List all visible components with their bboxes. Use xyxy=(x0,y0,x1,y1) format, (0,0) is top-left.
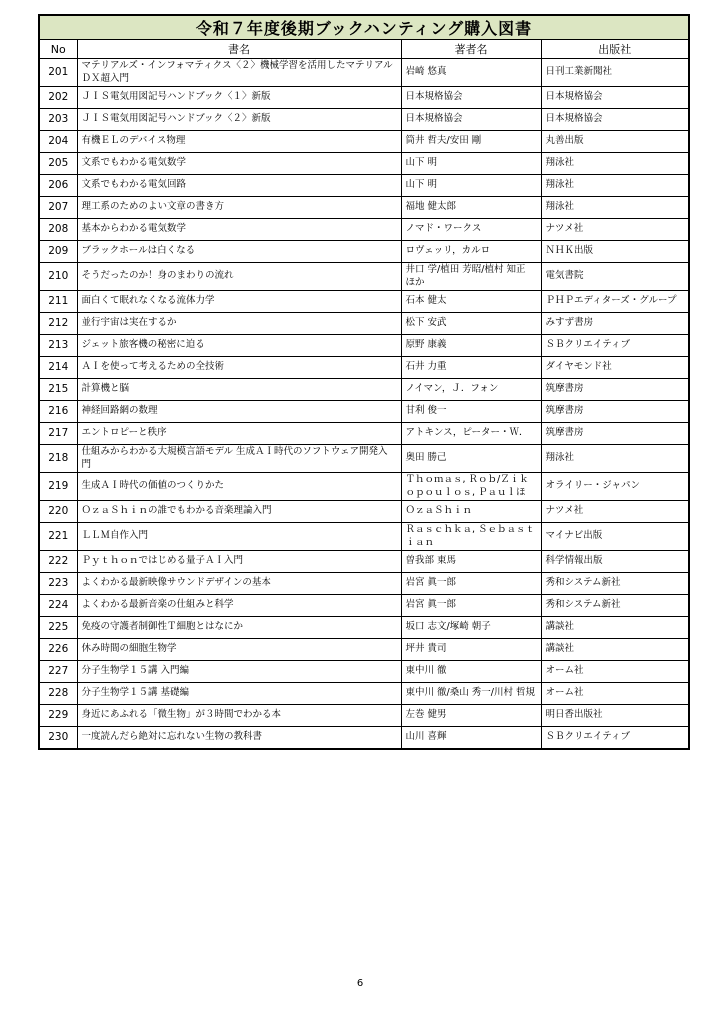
cell-publisher: オーム社 xyxy=(541,683,689,705)
cell-title: マテリアルズ・インフォマティクス〈２〉機械学習を活用したマテリアルＤＸ超入門 xyxy=(77,59,401,87)
cell-no: 227 xyxy=(39,661,77,683)
cell-no: 224 xyxy=(39,595,77,617)
cell-no: 212 xyxy=(39,313,77,335)
cell-title: 分子生物学１５講 入門編 xyxy=(77,661,401,683)
cell-author: 筒井 哲夫/安田 剛 xyxy=(401,131,541,153)
page-number: 6 xyxy=(0,978,720,989)
cell-author: 岩崎 悠真 xyxy=(401,59,541,87)
cell-publisher: ＳＢクリエイティブ xyxy=(541,335,689,357)
cell-no: 218 xyxy=(39,445,77,473)
cell-publisher: オーム社 xyxy=(541,661,689,683)
cell-no: 225 xyxy=(39,617,77,639)
table-row: 222Ｐｙｔｈｏｎではじめる量子ＡＩ入門曽我部 東馬科学情報出版 xyxy=(39,551,689,573)
table-body: 201マテリアルズ・インフォマティクス〈２〉機械学習を活用したマテリアルＤＸ超入… xyxy=(39,59,689,749)
cell-publisher: 翔泳社 xyxy=(541,175,689,197)
cell-title: よくわかる最新映像サウンドデザインの基本 xyxy=(77,573,401,595)
cell-publisher: 日刊工業新聞社 xyxy=(541,59,689,87)
table-row: 218仕組みからわかる大規模言語モデル 生成ＡＩ時代のソフトウェア開発入門奥田 … xyxy=(39,445,689,473)
cell-author: 山川 喜輝 xyxy=(401,727,541,749)
cell-no: 229 xyxy=(39,705,77,727)
cell-publisher: みすず書房 xyxy=(541,313,689,335)
cell-author: 松下 安武 xyxy=(401,313,541,335)
title-row: 令和７年度後期ブックハンティング購入図書 xyxy=(39,15,689,40)
table-row: 212並行宇宙は実在するか松下 安武みすず書房 xyxy=(39,313,689,335)
cell-no: 221 xyxy=(39,523,77,551)
cell-no: 202 xyxy=(39,87,77,109)
cell-author: ノイマン，Ｊ．フォン xyxy=(401,379,541,401)
cell-no: 219 xyxy=(39,473,77,501)
cell-title: Ｐｙｔｈｏｎではじめる量子ＡＩ入門 xyxy=(77,551,401,573)
cell-no: 217 xyxy=(39,423,77,445)
cell-publisher: 電気書院 xyxy=(541,263,689,291)
cell-no: 223 xyxy=(39,573,77,595)
cell-title: そうだったのか！身のまわりの流れ xyxy=(77,263,401,291)
table-row: 219生成ＡＩ時代の価値のつくりかたＴｈｏｍａｓ, Ｒｏｂ/Ｚｉｋｏｐｏｕｌｏｓ… xyxy=(39,473,689,501)
column-header-publisher: 出版社 xyxy=(541,40,689,59)
table-row: 214ＡＩを使って考えるための全技術石井 力重ダイヤモンド社 xyxy=(39,357,689,379)
table-row: 220ＯｚａＳｈｉｎの誰でもわかる音楽理論入門ＯｚａＳｈｉｎナツメ社 xyxy=(39,501,689,523)
column-header-title: 書名 xyxy=(77,40,401,59)
cell-publisher: ＳＢクリエイティブ xyxy=(541,727,689,749)
table-row: 213ジェット旅客機の秘密に迫る原野 康義ＳＢクリエイティブ xyxy=(39,335,689,357)
table-row: 206文系でもわかる電気回路山下 明翔泳社 xyxy=(39,175,689,197)
cell-author: 山下 明 xyxy=(401,175,541,197)
cell-no: 201 xyxy=(39,59,77,87)
cell-no: 206 xyxy=(39,175,77,197)
cell-no: 211 xyxy=(39,291,77,313)
cell-author: 日本規格協会 xyxy=(401,87,541,109)
cell-no: 228 xyxy=(39,683,77,705)
cell-title: 神経回路網の数理 xyxy=(77,401,401,423)
table-row: 226休み時間の細胞生物学坪井 貴司講談社 xyxy=(39,639,689,661)
cell-publisher: 筑摩書房 xyxy=(541,423,689,445)
column-header-author: 著者名 xyxy=(401,40,541,59)
cell-title: 文系でもわかる電気回路 xyxy=(77,175,401,197)
cell-author: 坂口 志文/塚崎 朝子 xyxy=(401,617,541,639)
cell-title: 面白くて眠れなくなる流体力学 xyxy=(77,291,401,313)
table-row: 230一度読んだら絶対に忘れない生物の教科書山川 喜輝ＳＢクリエイティブ xyxy=(39,727,689,749)
table-row: 204有機ＥＬのデバイス物理筒井 哲夫/安田 剛丸善出版 xyxy=(39,131,689,153)
table-row: 221ＬＬＭ自作入門Ｒａｓｃｈｋａ, Ｓｅｂａｓｔｉａｎマイナビ出版 xyxy=(39,523,689,551)
cell-publisher: ダイヤモンド社 xyxy=(541,357,689,379)
cell-publisher: 日本規格協会 xyxy=(541,87,689,109)
cell-title: 休み時間の細胞生物学 xyxy=(77,639,401,661)
cell-publisher: 講談社 xyxy=(541,617,689,639)
cell-author: ＯｚａＳｈｉｎ xyxy=(401,501,541,523)
cell-title: 計算機と脳 xyxy=(77,379,401,401)
cell-publisher: 丸善出版 xyxy=(541,131,689,153)
cell-publisher: 翔泳社 xyxy=(541,153,689,175)
table-row: 224よくわかる最新音楽の仕組みと科学岩宮 眞一郎秀和システム新社 xyxy=(39,595,689,617)
table-row: 217エントロピーと秩序アトキンス，ピーター・Ｗ．筑摩書房 xyxy=(39,423,689,445)
cell-publisher: 翔泳社 xyxy=(541,445,689,473)
cell-author: 東中川 徹 xyxy=(401,661,541,683)
cell-title: ブラックホールは白くなる xyxy=(77,241,401,263)
purchased-books-table: 令和７年度後期ブックハンティング購入図書 No 書名 著者名 出版社 201マテ… xyxy=(38,14,690,750)
cell-title: ＡＩを使って考えるための全技術 xyxy=(77,357,401,379)
table-row: 225免疫の守護者制御性Ｔ細胞とはなにか坂口 志文/塚崎 朝子講談社 xyxy=(39,617,689,639)
cell-publisher: ナツメ社 xyxy=(541,501,689,523)
cell-title: ＯｚａＳｈｉｎの誰でもわかる音楽理論入門 xyxy=(77,501,401,523)
table-row: 228分子生物学１５講 基礎編東中川 徹/桑山 秀一/川村 哲規オーム社 xyxy=(39,683,689,705)
cell-publisher: ＰＨＰエディターズ・グループ xyxy=(541,291,689,313)
cell-no: 204 xyxy=(39,131,77,153)
cell-no: 203 xyxy=(39,109,77,131)
table-row: 210そうだったのか！身のまわりの流れ井口 学/植田 芳昭/植村 知正 ほか電気… xyxy=(39,263,689,291)
cell-publisher: 筑摩書房 xyxy=(541,379,689,401)
cell-title: 身近にあふれる「微生物」が３時間でわかる本 xyxy=(77,705,401,727)
table-row: 209ブラックホールは白くなるロヴェッリ，カルロＮＨＫ出版 xyxy=(39,241,689,263)
cell-title: 分子生物学１５講 基礎編 xyxy=(77,683,401,705)
cell-no: 213 xyxy=(39,335,77,357)
table-header-row: No 書名 著者名 出版社 xyxy=(39,40,689,59)
table-row: 208基本からわかる電気数学ノマド・ワークスナツメ社 xyxy=(39,219,689,241)
cell-no: 210 xyxy=(39,263,77,291)
cell-author: 福地 健太郎 xyxy=(401,197,541,219)
cell-no: 215 xyxy=(39,379,77,401)
cell-no: 216 xyxy=(39,401,77,423)
cell-title: 並行宇宙は実在するか xyxy=(77,313,401,335)
cell-publisher: 秀和システム新社 xyxy=(541,595,689,617)
cell-publisher: 科学情報出版 xyxy=(541,551,689,573)
cell-no: 222 xyxy=(39,551,77,573)
table-row: 201マテリアルズ・インフォマティクス〈２〉機械学習を活用したマテリアルＤＸ超入… xyxy=(39,59,689,87)
cell-author: 坪井 貴司 xyxy=(401,639,541,661)
cell-no: 230 xyxy=(39,727,77,749)
cell-publisher: 明日香出版社 xyxy=(541,705,689,727)
cell-author: Ｔｈｏｍａｓ, Ｒｏｂ/Ｚｉｋｏｐｏｕｌｏｓ, Ｐａｕｌほ xyxy=(401,473,541,501)
cell-no: 220 xyxy=(39,501,77,523)
cell-no: 209 xyxy=(39,241,77,263)
cell-author: Ｒａｓｃｈｋａ, Ｓｅｂａｓｔｉａｎ xyxy=(401,523,541,551)
cell-publisher: 秀和システム新社 xyxy=(541,573,689,595)
cell-title: 免疫の守護者制御性Ｔ細胞とはなにか xyxy=(77,617,401,639)
cell-no: 208 xyxy=(39,219,77,241)
cell-no: 207 xyxy=(39,197,77,219)
cell-title: ＪＩＳ電気用図記号ハンドブック〈２〉新版 xyxy=(77,109,401,131)
cell-title: ＬＬＭ自作入門 xyxy=(77,523,401,551)
cell-no: 226 xyxy=(39,639,77,661)
page-title: 令和７年度後期ブックハンティング購入図書 xyxy=(39,15,689,40)
cell-author: 奥田 勝己 xyxy=(401,445,541,473)
cell-title: 生成ＡＩ時代の価値のつくりかた xyxy=(77,473,401,501)
cell-author: 東中川 徹/桑山 秀一/川村 哲規 xyxy=(401,683,541,705)
cell-no: 214 xyxy=(39,357,77,379)
cell-author: 石本 健太 xyxy=(401,291,541,313)
table-row: 207理工系のためのよい文章の書き方福地 健太郎翔泳社 xyxy=(39,197,689,219)
cell-title: ジェット旅客機の秘密に迫る xyxy=(77,335,401,357)
table-row: 227分子生物学１５講 入門編東中川 徹オーム社 xyxy=(39,661,689,683)
cell-publisher: ＮＨＫ出版 xyxy=(541,241,689,263)
cell-author: 井口 学/植田 芳昭/植村 知正 ほか xyxy=(401,263,541,291)
cell-author: 岩宮 眞一郎 xyxy=(401,595,541,617)
cell-title: 理工系のためのよい文章の書き方 xyxy=(77,197,401,219)
cell-author: 岩宮 眞一郎 xyxy=(401,573,541,595)
cell-publisher: ナツメ社 xyxy=(541,219,689,241)
table-row: 202ＪＩＳ電気用図記号ハンドブック〈１〉新版日本規格協会日本規格協会 xyxy=(39,87,689,109)
table-row: 215計算機と脳ノイマン，Ｊ．フォン筑摩書房 xyxy=(39,379,689,401)
table-row: 205文系でもわかる電気数学山下 明翔泳社 xyxy=(39,153,689,175)
cell-author: 甘利 俊一 xyxy=(401,401,541,423)
cell-title: よくわかる最新音楽の仕組みと科学 xyxy=(77,595,401,617)
cell-title: 有機ＥＬのデバイス物理 xyxy=(77,131,401,153)
cell-no: 205 xyxy=(39,153,77,175)
cell-publisher: マイナビ出版 xyxy=(541,523,689,551)
cell-title: 基本からわかる電気数学 xyxy=(77,219,401,241)
table-row: 211面白くて眠れなくなる流体力学石本 健太ＰＨＰエディターズ・グループ xyxy=(39,291,689,313)
cell-publisher: 講談社 xyxy=(541,639,689,661)
cell-title: エントロピーと秩序 xyxy=(77,423,401,445)
cell-author: ノマド・ワークス xyxy=(401,219,541,241)
cell-author: 原野 康義 xyxy=(401,335,541,357)
cell-author: 山下 明 xyxy=(401,153,541,175)
table-row: 203ＪＩＳ電気用図記号ハンドブック〈２〉新版日本規格協会日本規格協会 xyxy=(39,109,689,131)
table-row: 223よくわかる最新映像サウンドデザインの基本岩宮 眞一郎秀和システム新社 xyxy=(39,573,689,595)
cell-author: 曽我部 東馬 xyxy=(401,551,541,573)
document-page: 令和７年度後期ブックハンティング購入図書 No 書名 著者名 出版社 201マテ… xyxy=(0,0,720,1018)
cell-publisher: 翔泳社 xyxy=(541,197,689,219)
cell-publisher: 筑摩書房 xyxy=(541,401,689,423)
cell-title: 文系でもわかる電気数学 xyxy=(77,153,401,175)
cell-title: 一度読んだら絶対に忘れない生物の教科書 xyxy=(77,727,401,749)
column-header-no: No xyxy=(39,40,77,59)
cell-author: アトキンス，ピーター・Ｗ． xyxy=(401,423,541,445)
cell-title: 仕組みからわかる大規模言語モデル 生成ＡＩ時代のソフトウェア開発入門 xyxy=(77,445,401,473)
table-row: 216神経回路網の数理甘利 俊一筑摩書房 xyxy=(39,401,689,423)
cell-publisher: オライリー・ジャパン xyxy=(541,473,689,501)
cell-author: ロヴェッリ，カルロ xyxy=(401,241,541,263)
cell-title: ＪＩＳ電気用図記号ハンドブック〈１〉新版 xyxy=(77,87,401,109)
cell-publisher: 日本規格協会 xyxy=(541,109,689,131)
cell-author: 日本規格協会 xyxy=(401,109,541,131)
table-row: 229身近にあふれる「微生物」が３時間でわかる本左巻 健男明日香出版社 xyxy=(39,705,689,727)
cell-author: 石井 力重 xyxy=(401,357,541,379)
cell-author: 左巻 健男 xyxy=(401,705,541,727)
